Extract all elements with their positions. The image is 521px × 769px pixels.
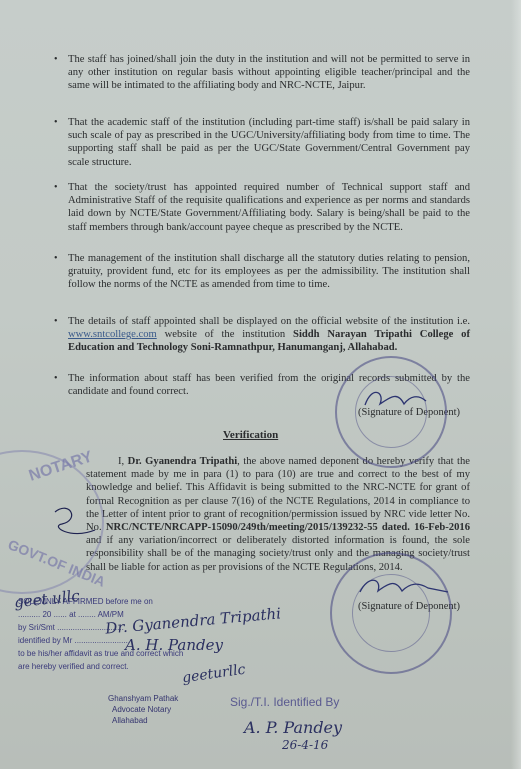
signature-scribbles <box>0 0 521 769</box>
affidavit-page: • The staff has joined/shall join the du… <box>0 0 521 769</box>
